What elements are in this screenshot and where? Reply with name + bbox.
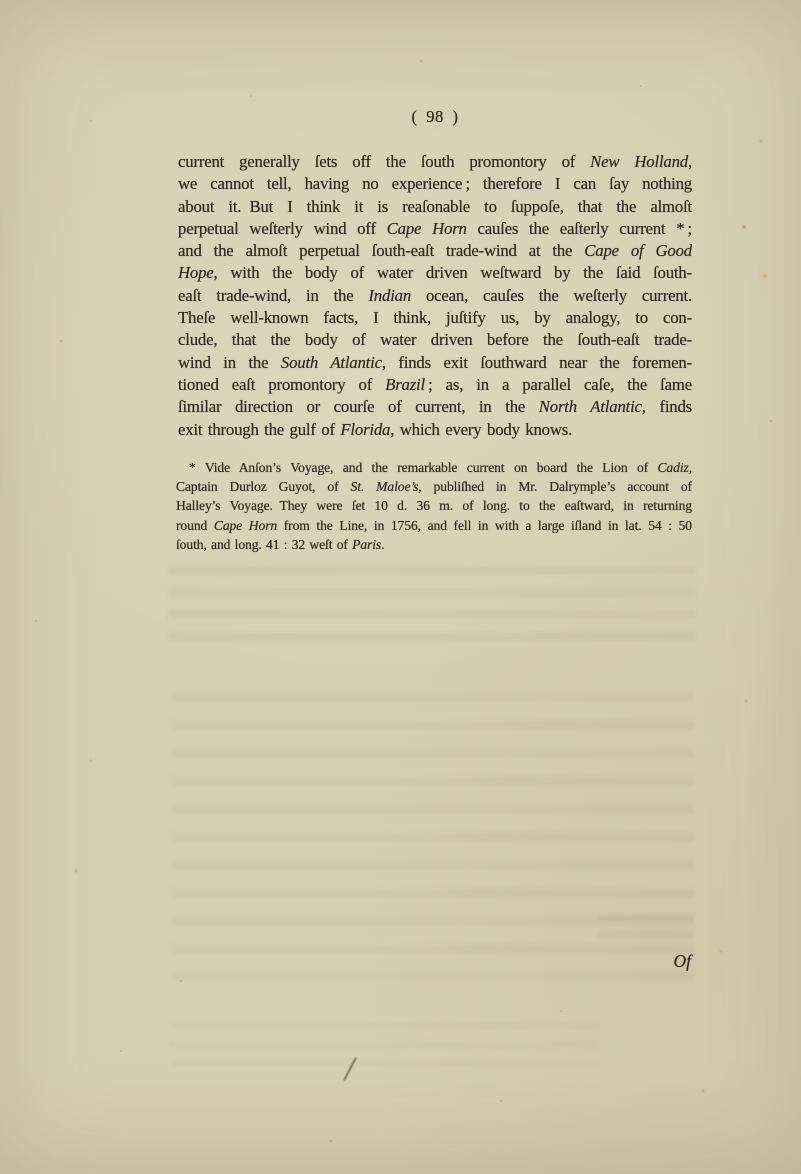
paper-fiber [343,1057,357,1081]
show-through-ghost-middle [172,692,694,980]
footnote-line: ſouth, and long. 41 : 32 weſt of Paris. [176,535,692,554]
body-paragraph-line: tioned eaſt promontory of Brazil ; as, i… [178,374,692,396]
body-paragraph-line: perpetual weſterly wind off Cape Horn ca… [178,218,692,240]
catchword: Of [674,948,692,974]
footnote-line: round Cape Horn from the Line, in 1756, … [176,516,692,535]
footnote-line: Halley’s Voyage. They were ſet 10 d. 36 … [176,496,692,515]
footnote: * Vide Anſon’s Voyage, and the remarkabl… [176,458,692,554]
footnote-line: Captain Durloz Guyot, of St. Maloe’s, pu… [176,477,692,496]
body-paragraph-line: current generally ſets off the ſouth pro… [178,151,692,173]
body-paragraph: current generally ſets off the ſouth pro… [178,151,692,441]
body-paragraph-line: about it. But I think it is reaſonable t… [178,196,692,218]
body-paragraph-line: Hope, with the body of water driven weſt… [178,262,692,284]
body-paragraph-line: exit through the gulf of Florida, which … [178,419,692,441]
body-paragraph-line: ſimilar direction or courſe of current, … [178,396,692,418]
body-paragraph-line: clude, that the body of water driven bef… [178,329,692,351]
show-through-ghost-bottom [170,1022,600,1078]
show-through-ghost-top [168,566,696,646]
show-through-ghost-catchword [598,914,694,948]
page-number: ( 98 ) [178,106,692,128]
body-paragraph-line: we cannot tell, having no experience ; t… [178,173,692,195]
body-paragraph-line: eaſt trade-wind, in the Indian ocean, ca… [178,285,692,307]
footnote-line: * Vide Anſon’s Voyage, and the remarkabl… [176,458,692,477]
body-paragraph-line: Theſe well-known facts, I think, juſtify… [178,307,692,329]
book-page-scan: ( 98 ) current generally ſets off the ſo… [0,0,801,1174]
body-paragraph-line: and the almoſt perpetual ſouth-eaſt trad… [178,240,692,262]
body-paragraph-line: wind in the South Atlantic, finds exit ſ… [178,352,692,374]
